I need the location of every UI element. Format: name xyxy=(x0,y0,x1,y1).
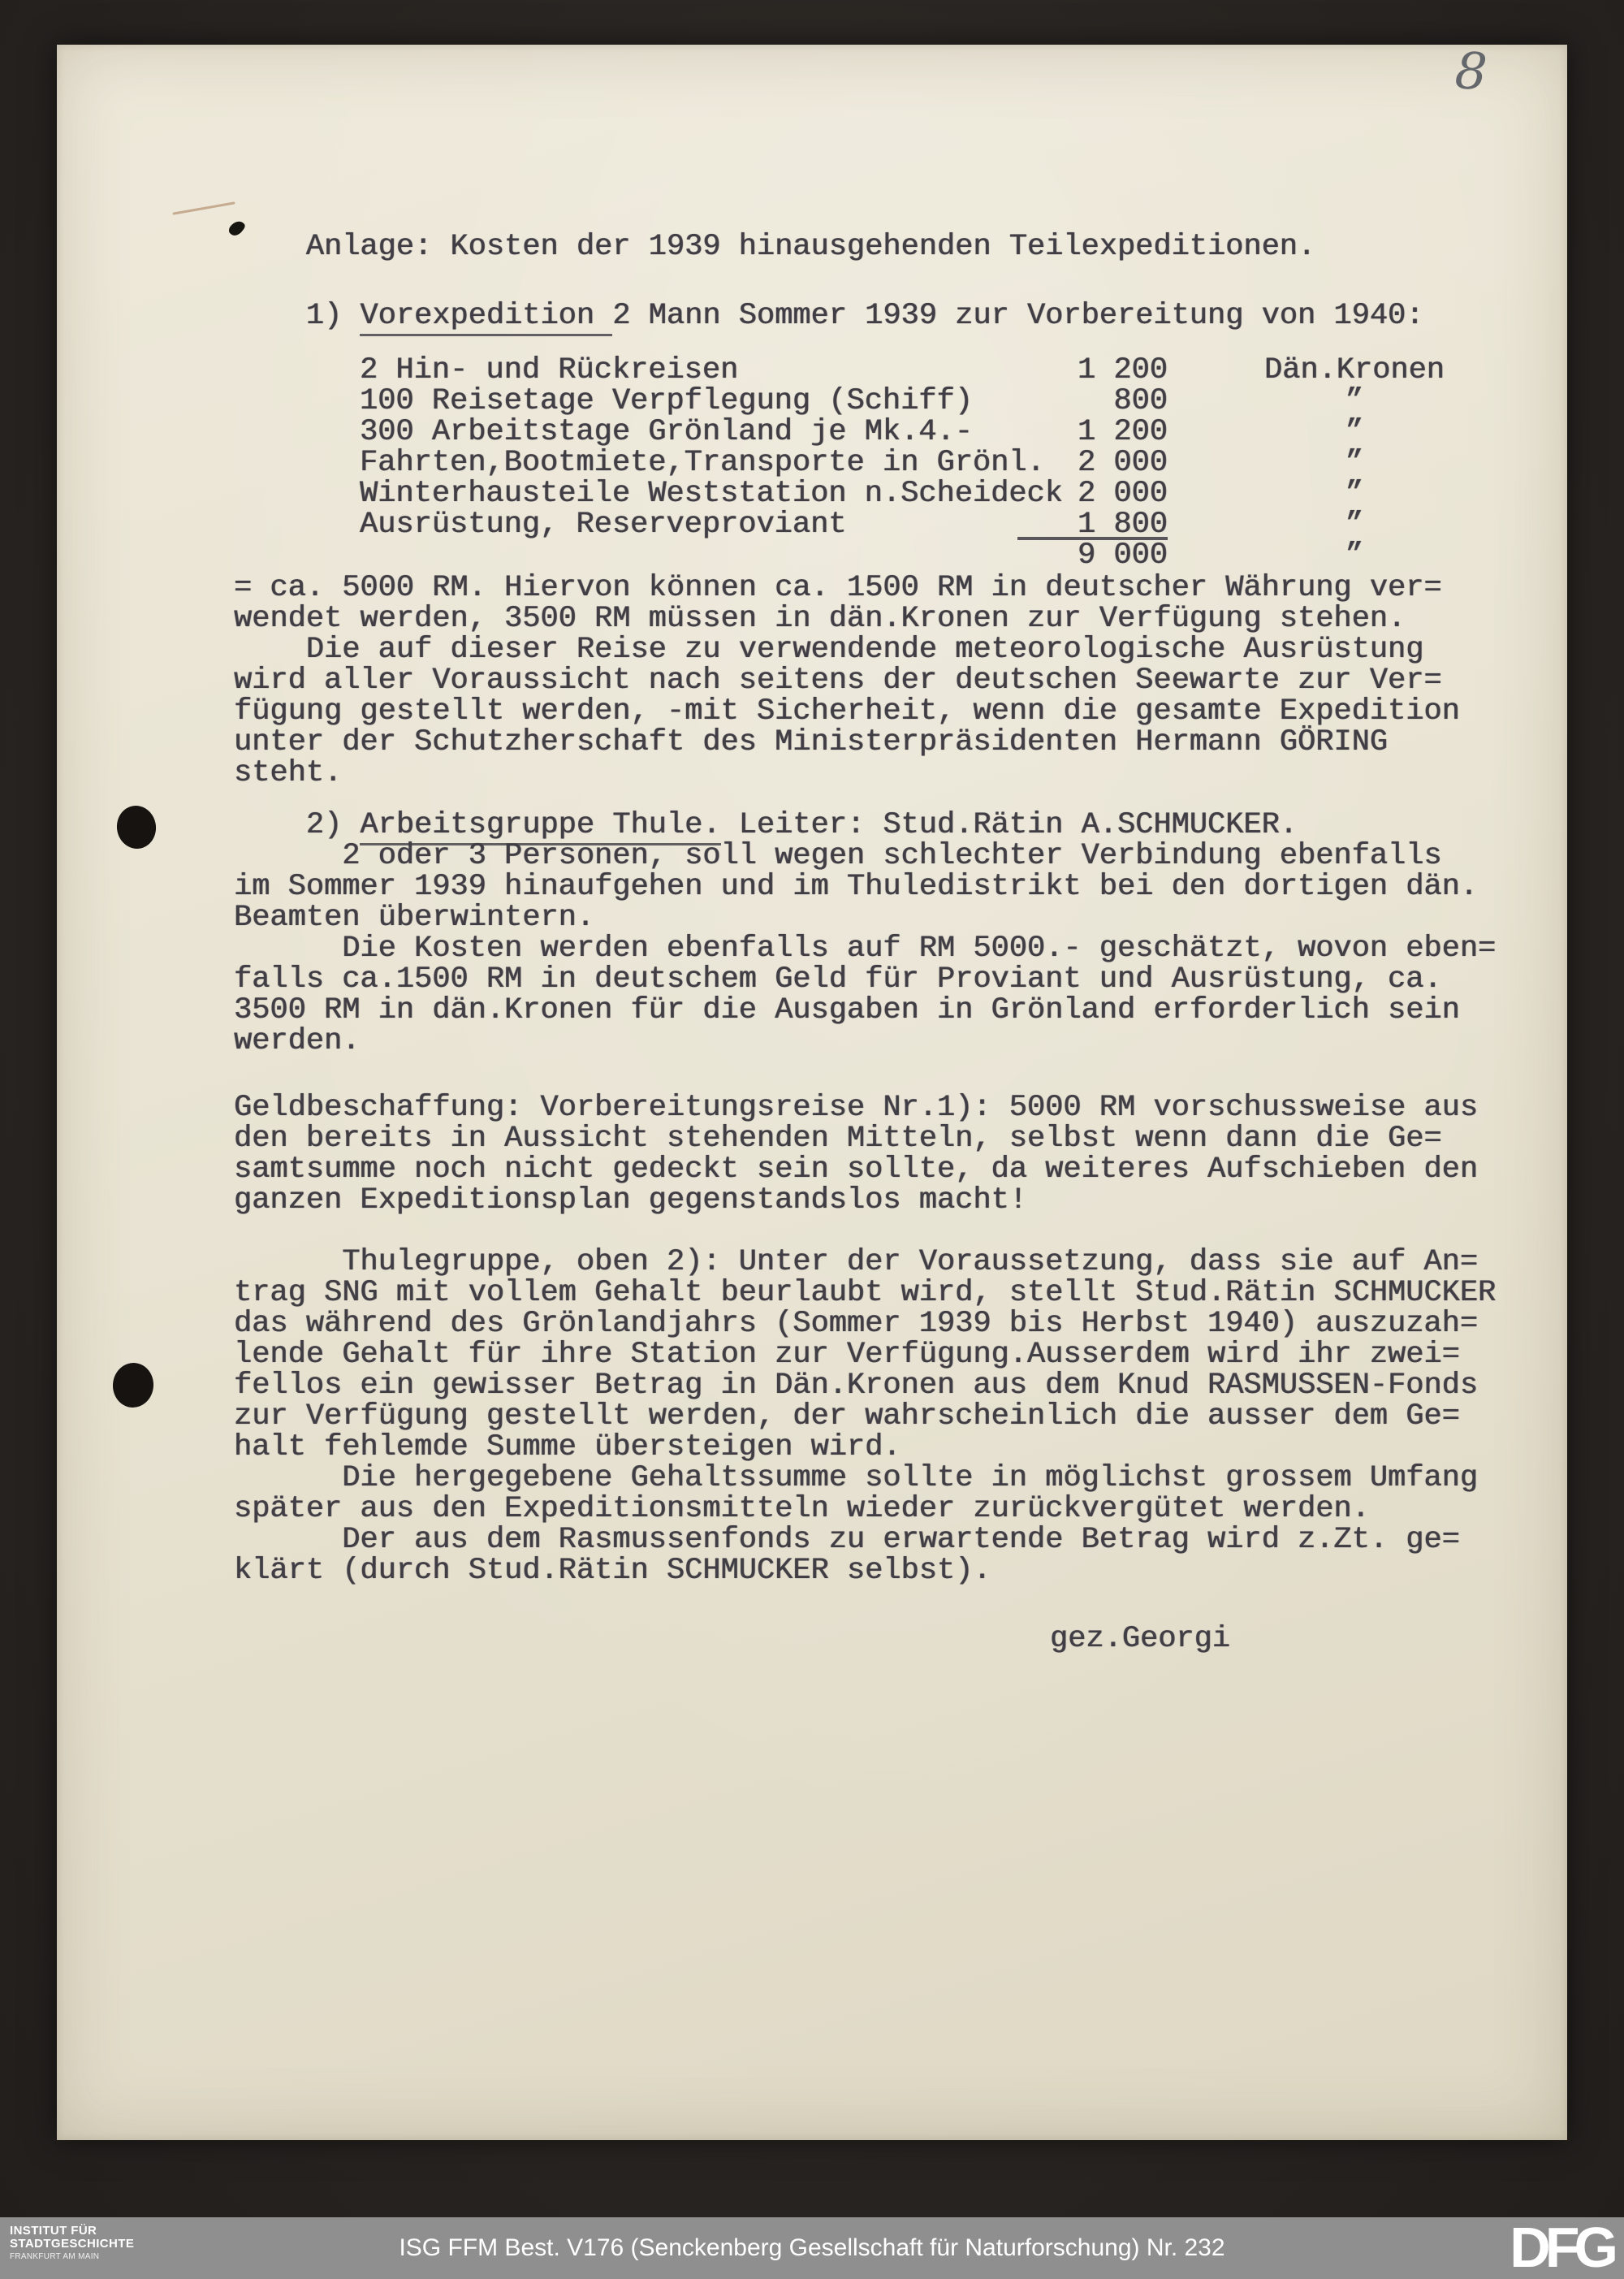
cost-table-row: Ausrüstung, Reserveproviant 1 800 ” xyxy=(234,509,1559,540)
section-1-title-underlined: Vorexpedition xyxy=(360,299,612,336)
handwritten-page-number: 8 xyxy=(1453,44,1488,99)
typed-line: wird aller Voraussicht nach seitens der … xyxy=(234,665,1559,696)
cost-total-amount: 9 000 xyxy=(1017,540,1168,571)
cost-amount: 800 xyxy=(1017,386,1168,417)
typed-line: unter der Schutzherschaft des Ministerpr… xyxy=(234,727,1559,758)
cost-item-label xyxy=(360,540,1017,571)
cost-item-label: Ausrüstung, Reserveproviant xyxy=(360,509,1017,540)
cost-amount-underlined: 1 800 xyxy=(1017,509,1168,540)
cost-table-total-row: 9 000 ” xyxy=(234,540,1559,571)
typed-line: halt fehlemde Summe übersteigen wird. xyxy=(234,1432,1559,1463)
typed-line: 3500 RM in dän.Kronen für die Ausgaben i… xyxy=(234,995,1559,1026)
cost-currency: Dän.Kronen xyxy=(1233,355,1476,386)
section-2-heading: 2) Arbeitsgruppe Thule. Leiter: Stud.Rät… xyxy=(234,810,1559,841)
cost-currency-ditto: ” xyxy=(1233,509,1476,540)
cost-item-label: Fahrten,Bootmiete,Transporte in Grönl. xyxy=(360,448,1017,478)
cost-table-row: 300 Arbeitstage Grönland je Mk.4.- 1 200… xyxy=(234,417,1559,448)
cost-item-label: Winterhausteile Weststation n.Scheideck xyxy=(360,478,1017,509)
cost-table-row: 2 Hin- und Rückreisen 1 200 Dän.Kronen xyxy=(234,355,1559,386)
paragraph-thulegruppe: Thulegruppe, oben 2): Unter der Vorausse… xyxy=(234,1247,1559,1586)
cost-item-label: 2 Hin- und Rückreisen xyxy=(360,355,1017,386)
typed-line: steht. xyxy=(234,758,1559,789)
section-1-heading: 1) Vorexpedition 2 Mann Sommer 1939 zur … xyxy=(234,301,1559,331)
typed-line: später aus den Expeditionsmitteln wieder… xyxy=(234,1494,1559,1524)
section-1-heading-rest: 2 Mann Sommer 1939 zur Vorbereitung von … xyxy=(612,299,1423,333)
typed-line: klärt (durch Stud.Rätin SCHMUCKER selbst… xyxy=(234,1555,1559,1586)
cost-item-label: 100 Reisetage Verpflegung (Schiff) xyxy=(360,386,1017,417)
typed-line: Die Kosten werden ebenfalls auf RM 5000.… xyxy=(234,933,1559,964)
typed-line: im Sommer 1939 hinaufgehen und im Thuled… xyxy=(234,871,1559,902)
document-paper: 8 Anlage: Kosten der 1939 hinausgehenden… xyxy=(57,45,1567,2140)
cost-currency-ditto: ” xyxy=(1233,448,1476,478)
paragraph-thule-costs: Die Kosten werden ebenfalls auf RM 5000.… xyxy=(234,933,1559,1057)
scanned-page-background: 8 Anlage: Kosten der 1939 hinausgehenden… xyxy=(0,0,1624,2279)
typed-line: falls ca.1500 RM in deutschem Geld für P… xyxy=(234,964,1559,995)
document-title: Anlage: Kosten der 1939 hinausgehenden T… xyxy=(234,231,1559,262)
cost-table-row: Winterhausteile Weststation n.Scheideck … xyxy=(234,478,1559,509)
section-2-number: 2) xyxy=(234,808,360,842)
typed-line: Die auf dieser Reise zu verwendende mete… xyxy=(234,634,1559,665)
typed-line: Die hergegebene Gehaltssumme sollte in m… xyxy=(234,1463,1559,1494)
typed-line: das während des Grönlandjahrs (Sommer 19… xyxy=(234,1308,1559,1339)
typed-line: werden. xyxy=(234,1026,1559,1057)
section-2-heading-rest: Leiter: Stud.Rätin A.SCHMUCKER. xyxy=(721,808,1298,842)
archive-reference: ISG FFM Best. V176 (Senckenberg Gesellsc… xyxy=(0,2217,1624,2279)
typed-line: fügung gestellt werden, -mit Sicherheit,… xyxy=(234,696,1559,727)
cost-currency-ditto: ” xyxy=(1233,386,1476,417)
typed-line: Beamten überwintern. xyxy=(234,902,1559,933)
paragraph-rm-conversion: = ca. 5000 RM. Hiervon können ca. 1500 R… xyxy=(234,573,1559,634)
paragraph-equipment: Die auf dieser Reise zu verwendende mete… xyxy=(234,634,1559,789)
cost-table: 2 Hin- und Rückreisen 1 200 Dän.Kronen 1… xyxy=(234,355,1559,571)
typed-line: Geldbeschaffung: Vorbereitungsreise Nr.1… xyxy=(234,1092,1559,1123)
cost-amount: 1 200 xyxy=(1017,355,1168,386)
dfg-logo: DFG xyxy=(1510,2217,1613,2277)
typed-line: wendet werden, 3500 RM müssen in dän.Kro… xyxy=(234,603,1559,634)
paper-scratch xyxy=(172,201,235,214)
cost-currency-ditto: ” xyxy=(1233,478,1476,509)
cost-currency-ditto: ” xyxy=(1233,540,1476,571)
typed-line: samtsumme noch nicht gedeckt sein sollte… xyxy=(234,1154,1559,1185)
signature: gez.Georgi xyxy=(234,1624,1559,1654)
typed-line: zur Verfügung gestellt werden, der wahrs… xyxy=(234,1401,1559,1432)
typed-line: Der aus dem Rasmussenfonds zu erwartende… xyxy=(234,1524,1559,1555)
paragraph-thule-intro: 2 oder 3 Personen, soll wegen schlechter… xyxy=(234,841,1559,933)
cost-item-label: 300 Arbeitstage Grönland je Mk.4.- xyxy=(360,417,1017,448)
cost-amount: 1 200 xyxy=(1017,417,1168,448)
typed-line: Thulegruppe, oben 2): Unter der Vorausse… xyxy=(234,1247,1559,1278)
cost-currency-ditto: ” xyxy=(1233,417,1476,448)
cost-amount: 2 000 xyxy=(1017,448,1168,478)
cost-table-row: Fahrten,Bootmiete,Transporte in Grönl. 2… xyxy=(234,448,1559,478)
typed-line: fellos ein gewisser Betrag in Dän.Kronen… xyxy=(234,1370,1559,1401)
cost-table-row: 100 Reisetage Verpflegung (Schiff) 800 ” xyxy=(234,386,1559,417)
section-1-number: 1) xyxy=(234,299,360,333)
typed-line: ganzen Expeditionsplan gegenstandslos ma… xyxy=(234,1185,1559,1216)
paragraph-geldbeschaffung: Geldbeschaffung: Vorbereitungsreise Nr.1… xyxy=(234,1092,1559,1216)
cost-amount: 2 000 xyxy=(1017,478,1168,509)
typed-line: = ca. 5000 RM. Hiervon können ca. 1500 R… xyxy=(234,573,1559,603)
typed-line: trag SNG mit vollem Gehalt beurlaubt wir… xyxy=(234,1278,1559,1308)
archive-footer-bar: INSTITUT FÜR STADTGESCHICHTE FRANKFURT A… xyxy=(0,2217,1624,2279)
typed-line: 2 oder 3 Personen, soll wegen schlechter… xyxy=(234,841,1559,871)
typed-line: lende Gehalt für ihre Station zur Verfüg… xyxy=(234,1339,1559,1370)
typed-line: den bereits in Aussicht stehenden Mittel… xyxy=(234,1123,1559,1154)
typed-document: Anlage: Kosten der 1939 hinausgehenden T… xyxy=(234,231,1559,1654)
